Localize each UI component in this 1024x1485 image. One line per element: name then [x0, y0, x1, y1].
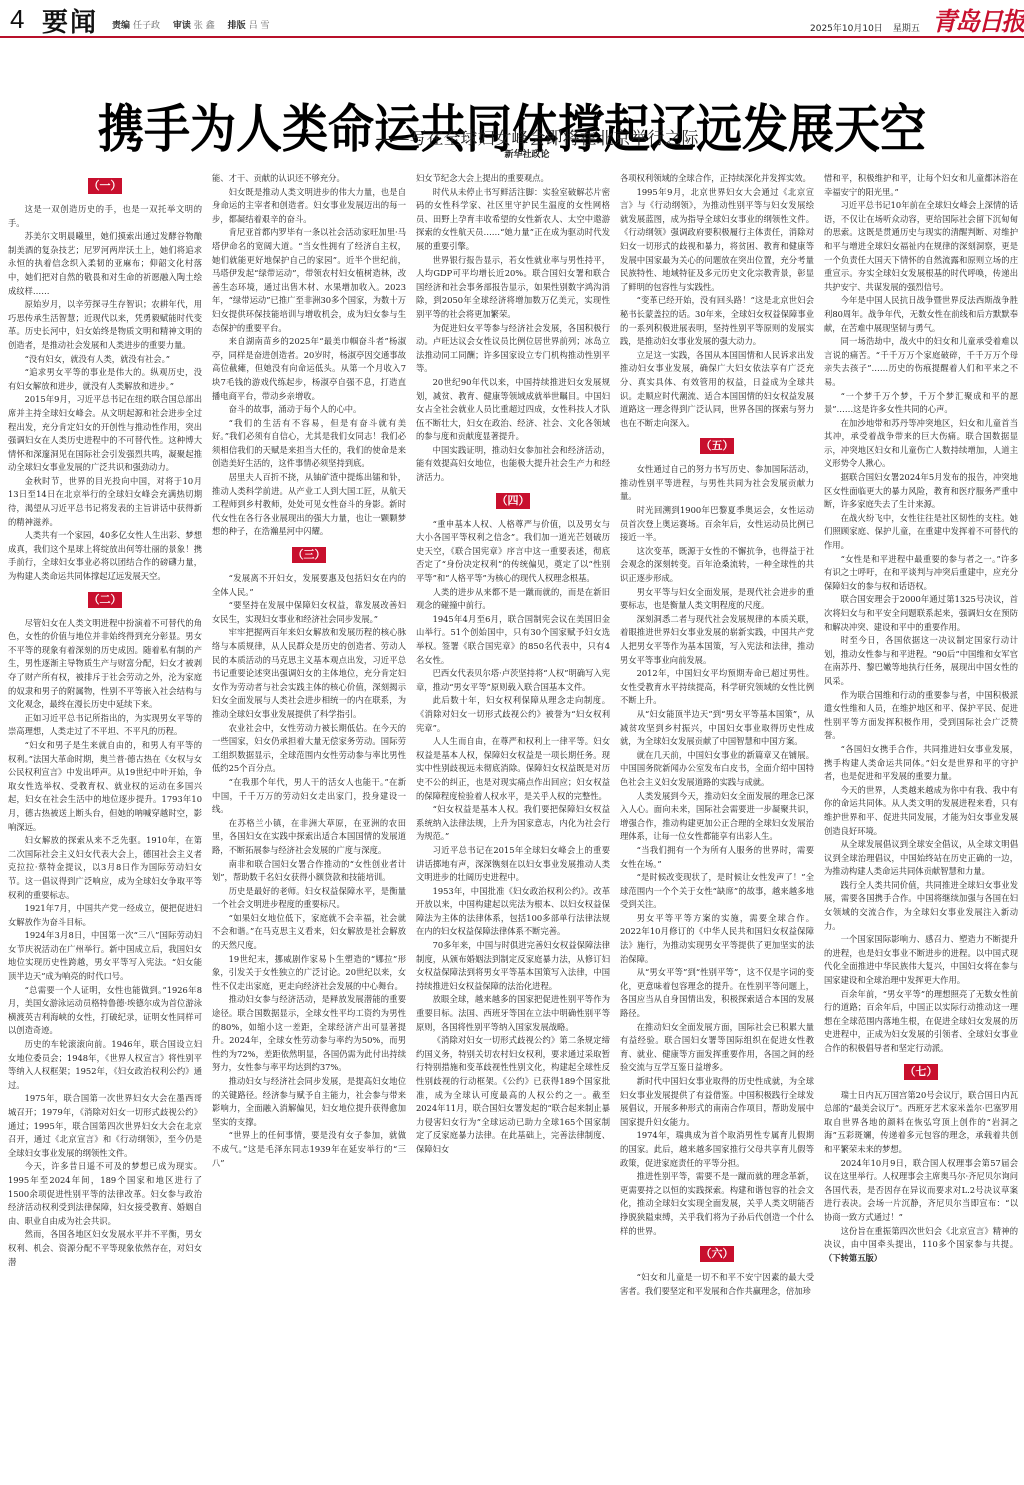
article-column: 惜和平，积极维护和平，让每个妇女和儿童都沐浴在幸福安宁的阳光里。”习近平总书记1…	[824, 172, 1018, 1480]
article-paragraph: 金秋时节，世界的目光投向中国，对将于10月13日至14日在北京举行的全球妇女峰会…	[8, 475, 202, 529]
article-column: 妇女节纪念大会上提出的重要观点。时代从未停止书写鲜活注脚：实验室破解芯片密码的女…	[416, 172, 610, 1480]
article-paragraph: 从“男女平等”到“性别平等”，这不仅是字词的变化，更意味着包容理念的提升。在性别…	[620, 966, 814, 1020]
article-paragraph: 一个国家国际影响力、感召力、塑造力不断提升的进程，也是妇女事业不断进步的进程。以…	[824, 933, 1018, 987]
article-paragraph: 1921年7月，中国共产党一经成立，便把促进妇女解放作为奋斗目标。	[8, 902, 202, 929]
article-paragraph: 今天的世界，人类越来越成为你中有我、我中有你的命运共同体。从人类文明的发展进程来…	[824, 784, 1018, 838]
issue-weekday: 星期五	[893, 24, 920, 34]
article-paragraph: 1924年3月8日，中国第一次“三八”国际劳动妇女节庆祝活动在广州举行。新中国成…	[8, 929, 202, 983]
credit-label: 审读	[173, 21, 191, 31]
article-paragraph: “变革已经开始，没有回头路！”这是北京世妇会秘书长蒙盖拉的话。30年来，全球妇女…	[620, 294, 814, 348]
article-paragraph: 这份旨在重振第四次世妇会《北京宣言》精神的决议，由中国牵头提出，110多个国家参…	[824, 1225, 1018, 1266]
credit-value: 吕 雪	[249, 21, 270, 31]
article-column: 各项权利领域的全球合作，正持续深化并发挥实效。1995年9月，北京世界妇女大会通…	[620, 172, 814, 1480]
article-paragraph: 为促进妇女平等参与经济社会发展，各国积极行动。卢旺达议会女性议员比例位居世界前列…	[416, 322, 610, 376]
article-paragraph: “发展离不开妇女，发展要惠及包括妇女在内的全体人民。”	[212, 572, 406, 599]
article-paragraph: 瑞士日内瓦万国宫第20号会议厅，联合国日内瓦总部的“最美会议厅”。西班牙艺术家米…	[824, 1089, 1018, 1157]
article-paragraph: 作为联合国维和行动的重要参与者，中国积极派遣女性维和人员，在维护地区和平、保护平…	[824, 689, 1018, 743]
article-paragraph: 放眼全球，越来越多的国家把促进性别平等作为重要目标。法国、西班牙等国在立法中明确…	[416, 993, 610, 1034]
article-paragraph: 人类发展到今天，推动妇女全面发展的理念已深入人心。面向未来，国际社会需要进一步凝…	[620, 790, 814, 844]
article-paragraph: 尽管妇女在人类文明进程中扮演着不可替代的角色，女性的价值与地位并非始终得到充分彰…	[8, 617, 202, 712]
article-paragraph: 历史是最好的老师。妇女权益保障水平，是衡量一个社会文明进步程度的重要标尺。	[212, 885, 406, 912]
section-name: 要闻	[42, 2, 98, 39]
article-paragraph: 农业社会中，女性劳动力被长期低估。在今天的一些国家，妇女仍承担着大量无偿家务劳动…	[212, 722, 406, 776]
article-column: （一）这是一双创造历史的手，也是一双托举文明的手。苏美尔文明晨曦里，她们摸索出通…	[8, 172, 202, 1480]
article-paragraph: 据联合国妇女署2024年5月发布的报告，冲突地区女性面临更大的暴力风险，教育和医…	[824, 471, 1018, 512]
article-paragraph: 在苏格兰小镇，在非洲大草原，在亚洲的农田里，各国妇女在实践中探索出适合本国国情的…	[212, 817, 406, 858]
article-paragraph: “妇女权益是基本人权。我们要把保障妇女权益系统纳入法律法规，上升为国家意志，内化…	[416, 803, 610, 844]
continued-on-page-note: （下转第五版）	[824, 1253, 882, 1263]
article-paragraph: 70多年来，中国与时俱进完善妇女权益保障法律制度，从颁布婚姻法到制定反家庭暴力法…	[416, 939, 610, 993]
article-paragraph: “总需要一个人证明，女性也能做到。”1926年8月，美国女游泳运动员格特鲁德·埃…	[8, 984, 202, 1038]
article-paragraph: 《消除对妇女一切形式歧视公约》第二条规定缔约国义务，特别关切农村妇女权利，要求通…	[416, 1034, 610, 1156]
article-paragraph: “我们的生活有不容易，但是有奋斗就有美好。”我们必须有自信心，尤其是我们女同志！…	[212, 417, 406, 471]
article-paragraph: 女性通过自己的努力书写历史、参加国际活动，推动性别平等进程，与男性共同为社会发展…	[620, 463, 814, 504]
article-paragraph: 时至今日，各国依据这一决议制定国家行动计划，推动女性参与和平进程。“90后”中国…	[824, 634, 1018, 688]
article-paragraph: 2024年10月9日，联合国人权理事会第57届会议在这里举行。人权理事会主席奥马…	[824, 1157, 1018, 1225]
article-paragraph: “在我那个年代，男人干的活女人也能干。”在新中国，千千万万的劳动妇女走出家门，投…	[212, 776, 406, 817]
article-paragraph: 立足这一实践，各国从本国国情和人民诉求出发推动妇女事业发展，确保广大妇女依法享有…	[620, 349, 814, 431]
article-paragraph: 2015年9月，习近平总书记在纽约联合国总部出席并主持全球妇女峰会。从文明起源和…	[8, 393, 202, 475]
article-paragraph: 同一场浩劫中，战火中的妇女和儿童承受着难以言说的痛苦。“千千万万个家庭破碎，千千…	[824, 335, 1018, 389]
newspaper-logo: 青岛日报	[932, 2, 1024, 38]
article-paragraph: “女性是和平进程中最重要的参与者之一。”许多有识之士呼吁，在和平谈判与冲突后重建…	[824, 553, 1018, 594]
article-paragraph: 习近平总书记10年前在全球妇女峰会上深情的话语，不仅让在场听众动容，更给国际社会…	[824, 199, 1018, 294]
section-marker: （三）	[292, 547, 326, 563]
article-paragraph: “如果妇女地位低下，家庭就不会幸福，社会就不会和谐。”在马克思主义看来，妇女解放…	[212, 912, 406, 953]
article-paragraph: “妇女和男子是生来就自由的，和男人有平等的权利。”法国大革命时期，奥兰普·德古热…	[8, 739, 202, 834]
article-paragraph: 奋斗的故事，涌动于每个人的心中。	[212, 403, 406, 417]
article-paragraph: 19世纪末，挪威剧作家易卜生塑造的“娜拉”形象，引发关于女性独立的广泛讨论。20…	[212, 953, 406, 994]
section-marker: （五）	[700, 438, 734, 454]
article-paragraph: 历史的车轮滚滚向前。1946年，联合国设立妇女地位委员会；1948年，《世界人权…	[8, 1038, 202, 1092]
article-byline: 新华社政论	[0, 147, 1024, 160]
article-paragraph: 惜和平，积极维护和平，让每个妇女和儿童都沐浴在幸福安宁的阳光里。”	[824, 172, 1018, 199]
article-paragraph: 从“妇女能顶半边天”到“男女平等基本国策”，从减贫攻坚到乡村振兴，中国妇女事业取…	[620, 708, 814, 749]
article-paragraph: 今年是中国人民抗日战争暨世界反法西斯战争胜利80周年。战争年代，无数女性在前线和…	[824, 294, 1018, 335]
article-paragraph: 践行全人类共同价值，共同推进全球妇女事业发展，需要各国携手合作。中国将继续加强与…	[824, 879, 1018, 933]
article-paragraph: 原始岁月，以辛劳探寻生存智识；农耕年代，用巧思传承生活智慧；近现代以来，凭勇毅赋…	[8, 298, 202, 352]
section-marker: （七）	[904, 1064, 938, 1080]
article-paragraph: 在加沙地带和苏丹等冲突地区，妇女和儿童首当其冲，承受着战争带来的巨大伤痛。联合国…	[824, 417, 1018, 471]
article-paragraph: “当我们拥有一个为所有人服务的世界时，需要女性在场。”	[620, 844, 814, 871]
article-paragraph: 1953年，中国批准《妇女政治权利公约》。改革开放以来，中国构建起以宪法为根本、…	[416, 885, 610, 939]
article-paragraph: 世界银行报告显示，若女性就业率与男性持平，人均GDP可平均增长近20%。联合国妇…	[416, 254, 610, 322]
article-paragraph: 人人生而自由，在尊严和权利上一律平等。妇女权益是基本人权，保障妇女权益是一项长期…	[416, 735, 610, 803]
editor-credits: 责编任子政 审读张 鑫 排版吕 雪	[112, 18, 280, 31]
article-paragraph: 巴西女代表贝尔塔·卢茨坚持将“人权”明确写入宪章，推动“男女平等”原则载入联合国…	[416, 667, 610, 694]
article-paragraph: “妇女和儿童是一切不和平不安宁因素的最大受害者。我们要坚定和平发展和合作共赢理念…	[620, 1271, 814, 1298]
article-paragraph: 时光回溯到1900年巴黎夏季奥运会，女性运动员首次登上奥运赛场。百余年后，女性运…	[620, 504, 814, 545]
masthead: 4 要闻 责编任子政 审读张 鑫 排版吕 雪 2025年10月10日星期五 青岛…	[0, 0, 1024, 38]
article-paragraph: 1974年，瑞典成为首个取消男性专属育儿假期的国家。此后，越来越多国家推行父母共…	[620, 1129, 814, 1170]
article-paragraph: 从全球发展倡议到全球安全倡议，从全球文明倡议到全球治理倡议，中国始终站在历史正确…	[824, 838, 1018, 879]
article-paragraph: 新时代中国妇女事业取得的历史性成就，为全球妇女事业发展提供了有益借鉴。中国积极践…	[620, 1075, 814, 1129]
section-marker: （四）	[496, 493, 530, 509]
article-paragraph: 此后数十年，妇女权利保障从理念走向制度。《消除对妇女一切形式歧视公约》被誉为“妇…	[416, 694, 610, 735]
article-paragraph: 深刻洞悉二者与现代社会发展规律的本质关联，着眼推进世界妇女事业发展的崭新实践，中…	[620, 613, 814, 667]
masthead-rule	[0, 36, 1024, 38]
section-marker: （一）	[88, 178, 122, 194]
article-paragraph: “是时候改变现状了，是时候让女性发声了！”全球范围内一个个关于女性“缺席”的故事…	[620, 871, 814, 912]
article-paragraph: “重申基本人权、人格尊严与价值，以及男女与大小各国平等权利之信念”。我们加一道光…	[416, 518, 610, 586]
article-body: （一）这是一双创造历史的手，也是一双托举文明的手。苏美尔文明晨曦里，她们摸索出通…	[8, 172, 1018, 1480]
article-paragraph: 联合国安理会于2000年通过第1325号决议，首次将妇女与和平安全问题联系起来，…	[824, 593, 1018, 634]
article-paragraph: 人类的进步从来都不是一蹴而就的，而是在新旧观念的碰撞中前行。	[416, 586, 610, 613]
article-paragraph: 中国实践证明，推动妇女参加社会和经济活动，能有效提高妇女地位，也能极大提升社会生…	[416, 444, 610, 485]
article-paragraph: 习近平总书记在2015年全球妇女峰会上的重要讲话掷地有声，深深镌刻在以妇女事业发…	[416, 844, 610, 885]
article-paragraph: 然而，各国各地区妇女发展水平并不平衡，男女权利、机会、资源分配不平等现象依然存在…	[8, 1228, 202, 1269]
article-paragraph: 推动妇女与经济社会同步发展，是提高妇女地位的关键路径。经济参与赋予自主能力，社会…	[212, 1075, 406, 1129]
article-subheadline: ——写在全球妇女峰会即将在北京举行之际	[0, 124, 1024, 149]
credit-value: 张 鑫	[194, 21, 215, 31]
article-paragraph: 妇女解放的探索从来不乏先驱。1910年，在第二次国际社会主义妇女代表大会上，德国…	[8, 834, 202, 902]
article-paragraph: “各国妇女携手合作，共同推进妇女事业发展，携手构建人类命运共同体。”妇女是世界和…	[824, 743, 1018, 784]
article-paragraph: 时代从未停止书写鲜活注脚：实验室破解芯片密码的女性科学家、社区里守护民生温度的女…	[416, 186, 610, 254]
article-paragraph: 各项权利领域的全球合作，正持续深化并发挥实效。	[620, 172, 814, 186]
article-paragraph: 2012年，中国妇女平均预期寿命已超过男性。女性受教育水平持续提高，科学研究领域…	[620, 667, 814, 708]
article-paragraph: “一个梦千万个梦，千万个梦汇聚成和平的愿景”……这是许多女性共同的心声。	[824, 390, 1018, 417]
article-paragraph: “没有妇女，就没有人类，就没有社会。”	[8, 353, 202, 367]
article-paragraph: 牢牢把握两百年来妇女解放和发展历程的核心脉络与本质规律，从人民群众是历史的创造者…	[212, 626, 406, 721]
article-paragraph: 男女平等平等方案的实施，需要全球合作。2022年10月修订的《中华人民共和国妇女…	[620, 912, 814, 966]
article-paragraph: 在战火纷飞中，女性往往是社区韧性的支柱。她们照顾家庭、保护儿童，在重建中发挥着不…	[824, 512, 1018, 553]
article-paragraph: 在推动妇女全面发展方面，国际社会已积累大量有益经验。联合国妇女署等国际组织在促进…	[620, 1021, 814, 1075]
section-marker: （六）	[700, 1246, 734, 1262]
article-paragraph: 1975年，联合国第一次世界妇女大会在墨西哥城召开；1979年，《消除对妇女一切…	[8, 1092, 202, 1160]
article-paragraph: 1995年9月，北京世界妇女大会通过《北京宣言》与《行动纲领》，为推动性别平等与…	[620, 186, 814, 295]
section-marker: （二）	[88, 592, 122, 608]
issue-date: 2025年10月10日	[810, 24, 883, 34]
article-column: 能、才干、贡献的认识还不够充分。妇女既是推动人类文明进步的伟大力量，也是自身命运…	[212, 172, 406, 1480]
article-paragraph: 妇女节纪念大会上提出的重要观点。	[416, 172, 610, 186]
article-paragraph: 就在几天前，中国妇女事业的新篇章又在铺展。中国国务院新闻办公室发布白皮书，全面介…	[620, 749, 814, 790]
credit-value: 任子政	[133, 21, 160, 31]
article-paragraph: 这次变革，既源于女性的不懈抗争，也得益于社会观念的深刻转变。百年沧桑流转，一种全…	[620, 545, 814, 586]
article-paragraph: 居里夫人百折不挠，从铀矿渣中提炼出镭和钋，推动人类科学前进。从产业工人到大国工匠…	[212, 471, 406, 539]
article-paragraph: 能、才干、贡献的认识还不够充分。	[212, 172, 406, 186]
article-paragraph: 20世纪90年代以来，中国持续推进妇女发展规划，减贫、教育、健康等领域成就举世瞩…	[416, 376, 610, 444]
article-paragraph: “要坚持在发展中保障妇女权益，靠发展改善妇女民生，实现妇女事业和经济社会同步发展…	[212, 599, 406, 626]
article-paragraph: 推动妇女参与经济活动，是释放发展潜能的重要途径。联合国数据显示，全球女性平均工资…	[212, 993, 406, 1075]
article-paragraph: 男女平等与妇女全面发展，是现代社会进步的重要标志，也是衡量人类文明程度的尺度。	[620, 586, 814, 613]
article-paragraph: 人类共有一个家园，40多亿女性人生出彩、梦想成真，我们这个星球上将绽放出何等壮丽…	[8, 529, 202, 583]
article-paragraph: “世界上的任何事情，要是没有女子参加，就做不成气。”这是毛泽东同志1939年在延…	[212, 1129, 406, 1170]
article-paragraph: 苏美尔文明晨曦里，她们摸索出通过发酵谷物酿制美酒的复杂技艺；尼罗河两岸沃土上，她…	[8, 230, 202, 298]
page-number: 4	[10, 4, 24, 35]
article-paragraph: 推进性别平等，需要不是一蹴而就的理念革新，更需要持之以恒的实践探索。构建和谐包容…	[620, 1170, 814, 1238]
article-paragraph: 今天，许多昔日遥不可及的梦想已成为现实。1995年至2024年间，189个国家和…	[8, 1160, 202, 1228]
article-paragraph: 百余年前，“男女平等”的理想照亮了无数女性前行的道路；百余年后，中国正以实际行动…	[824, 988, 1018, 1056]
article-paragraph: 1945年4月至6月，联合国制宪会议在美国旧金山举行。51个创始国中，只有30个…	[416, 613, 610, 667]
article-paragraph: 妇女既是推动人类文明进步的伟大力量，也是自身命运的主宰者和创造者。妇女事业发展迈…	[212, 186, 406, 227]
article-paragraph: 肯尼亚首都内罗毕有一条以社会活动家旺加里·马塔伊命名的宽阔大道。“当女性拥有了经…	[212, 226, 406, 335]
article-paragraph: 来自湖南苗乡的2025年“最美巾帼奋斗者”杨淑亭，同样是奋进创造者。20岁时，杨…	[212, 335, 406, 403]
article-paragraph: 正如习近平总书记所指出的，为实现男女平等的崇高理想，人类走过了不平坦、不平凡的历…	[8, 712, 202, 739]
article-paragraph: 南非和联合国妇女署合作推动的“女性创业者计划”，帮助数千名妇女获得小额贷款和技能…	[212, 858, 406, 885]
credit-label: 排版	[228, 21, 246, 31]
article-paragraph: “追求男女平等的事业是伟大的。纵观历史，没有妇女解放和进步，就没有人类解放和进步…	[8, 366, 202, 393]
dateline: 2025年10月10日星期五	[810, 21, 930, 34]
credit-label: 责编	[112, 21, 130, 31]
article-paragraph: 这是一双创造历史的手，也是一双托举文明的手。	[8, 203, 202, 230]
